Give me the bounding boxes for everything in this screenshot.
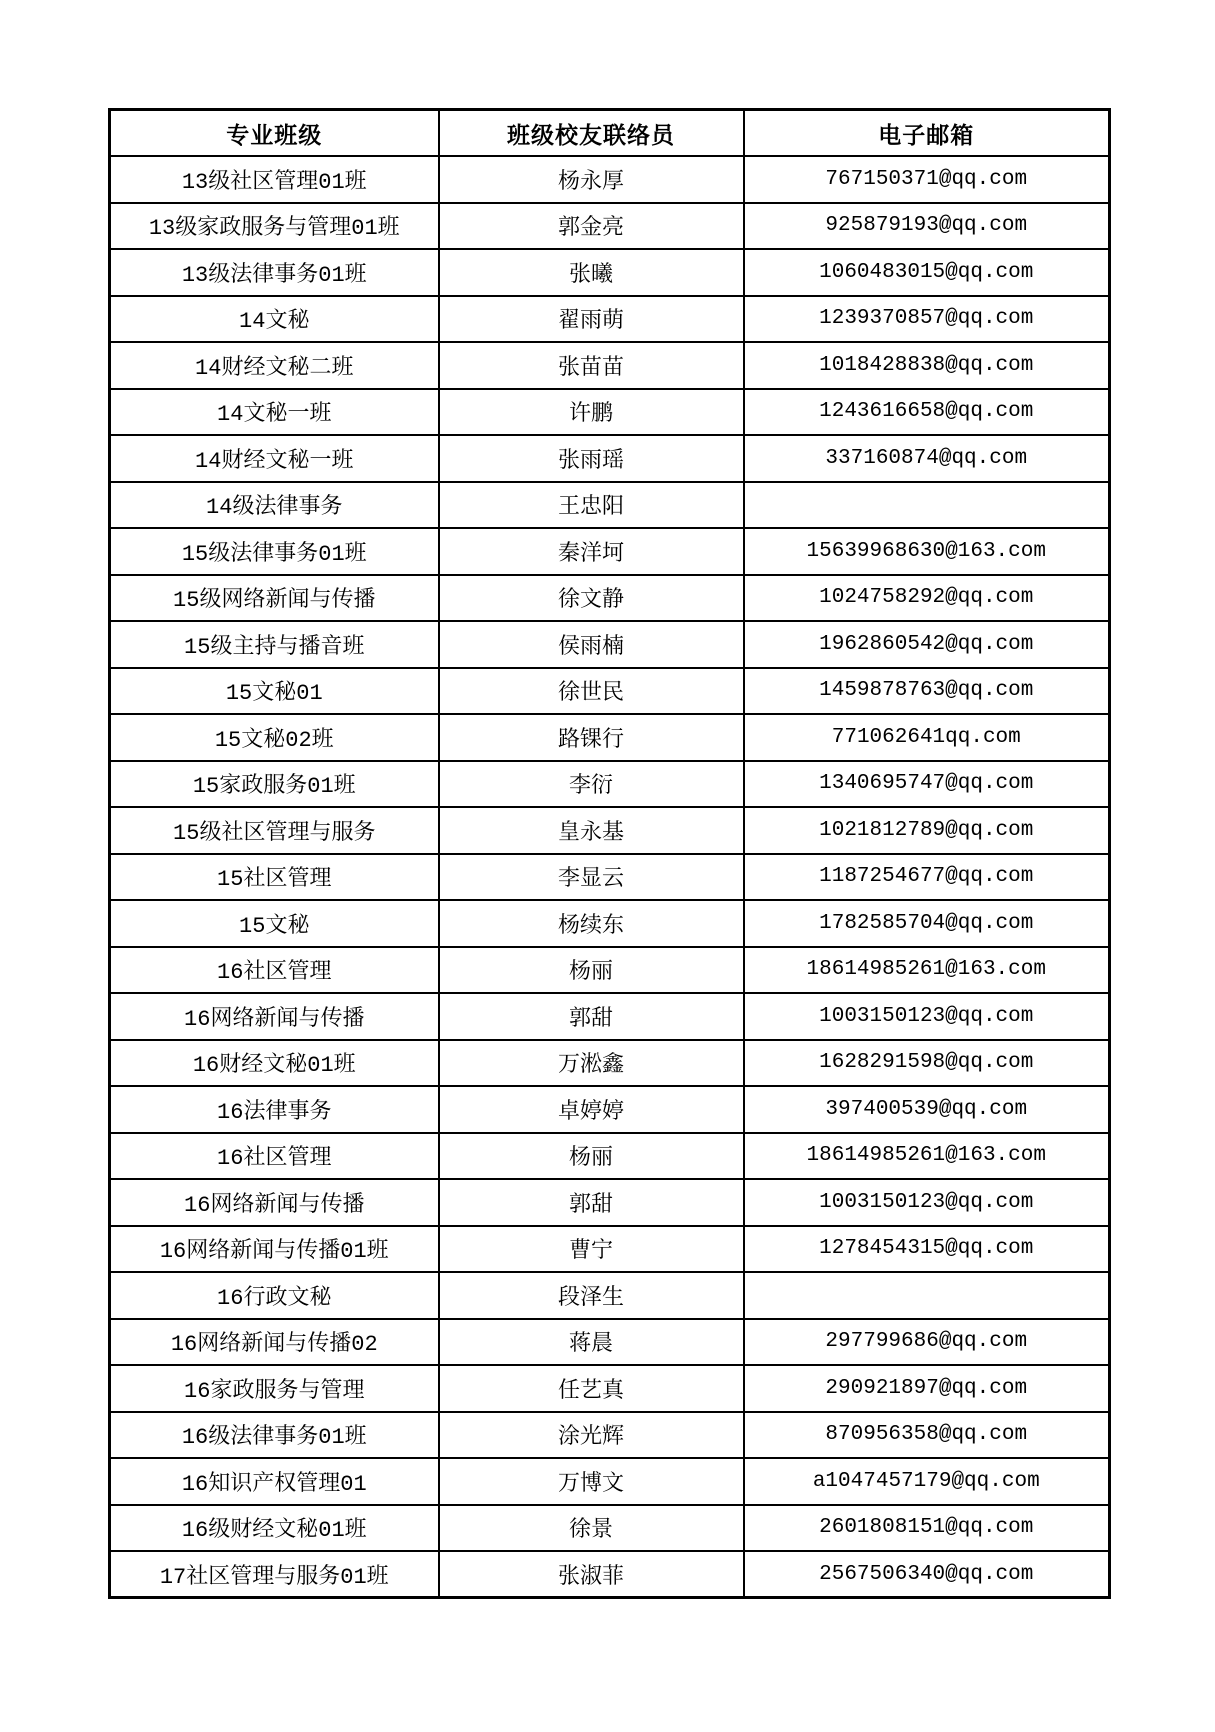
- header-liaison-column: 班级校友联络员: [439, 110, 744, 157]
- class-name-cell: 15级主持与播音班: [110, 621, 439, 668]
- class-table-body: 13级社区管理01班杨永厚767150371@qq.com13级家政服务与管理0…: [110, 156, 1110, 1598]
- class-name-cell: 15级网络新闻与传播: [110, 575, 439, 622]
- liaison-name-cell: 曹宁: [439, 1226, 744, 1273]
- liaison-name-cell: 张雨瑶: [439, 435, 744, 482]
- email-cell: 1018428838@qq.com: [744, 342, 1110, 389]
- class-name-cell: 16级法律事务01班: [110, 1412, 439, 1459]
- email-cell: 771062641qq.com: [744, 714, 1110, 761]
- liaison-name-cell: 王忠阳: [439, 482, 744, 529]
- email-cell: 1628291598@qq.com: [744, 1040, 1110, 1087]
- table-row: 14文秘翟雨萌1239370857@qq.com: [110, 296, 1110, 343]
- email-cell: 2567506340@qq.com: [744, 1551, 1110, 1598]
- email-cell: 1782585704@qq.com: [744, 900, 1110, 947]
- email-cell: 397400539@qq.com: [744, 1086, 1110, 1133]
- table-row: 16家政服务与管理任艺真290921897@qq.com: [110, 1365, 1110, 1412]
- liaison-name-cell: 张淑菲: [439, 1551, 744, 1598]
- class-name-cell: 13级家政服务与管理01班: [110, 203, 439, 250]
- class-name-cell: 14文秘: [110, 296, 439, 343]
- table-row: 15级网络新闻与传播徐文静1024758292@qq.com: [110, 575, 1110, 622]
- liaison-name-cell: 许鹏: [439, 389, 744, 436]
- table-row: 16社区管理杨丽18614985261@163.com: [110, 947, 1110, 994]
- table-row: 16级法律事务01班涂光辉870956358@qq.com: [110, 1412, 1110, 1459]
- class-name-cell: 16财经文秘01班: [110, 1040, 439, 1087]
- liaison-name-cell: 秦洋坷: [439, 528, 744, 575]
- table-row: 16社区管理杨丽18614985261@163.com: [110, 1133, 1110, 1180]
- class-name-cell: 14文秘一班: [110, 389, 439, 436]
- class-name-cell: 13级法律事务01班: [110, 249, 439, 296]
- class-name-cell: 15文秘02班: [110, 714, 439, 761]
- class-liaison-table: 专业班级 班级校友联络员 电子邮箱 13级社区管理01班杨永厚767150371…: [108, 108, 1111, 1599]
- liaison-name-cell: 卓婷婷: [439, 1086, 744, 1133]
- class-name-cell: 15家政服务01班: [110, 761, 439, 808]
- class-name-cell: 15文秘: [110, 900, 439, 947]
- email-cell: 2601808151@qq.com: [744, 1505, 1110, 1552]
- email-cell: [744, 1272, 1110, 1319]
- class-name-cell: 16社区管理: [110, 947, 439, 994]
- class-name-cell: 16级财经文秘01班: [110, 1505, 439, 1552]
- class-name-cell: 16法律事务: [110, 1086, 439, 1133]
- liaison-name-cell: 郭甜: [439, 993, 744, 1040]
- class-name-cell: 16网络新闻与传播01班: [110, 1226, 439, 1273]
- liaison-name-cell: 段泽生: [439, 1272, 744, 1319]
- liaison-name-cell: 侯雨楠: [439, 621, 744, 668]
- email-cell: 1459878763@qq.com: [744, 668, 1110, 715]
- table-row: 16级财经文秘01班徐景2601808151@qq.com: [110, 1505, 1110, 1552]
- email-cell: 1021812789@qq.com: [744, 807, 1110, 854]
- liaison-name-cell: 张曦: [439, 249, 744, 296]
- email-cell: 1187254677@qq.com: [744, 854, 1110, 901]
- table-row: 16网络新闻与传播郭甜1003150123@qq.com: [110, 1179, 1110, 1226]
- email-cell: 1060483015@qq.com: [744, 249, 1110, 296]
- liaison-name-cell: 杨丽: [439, 1133, 744, 1180]
- liaison-name-cell: 涂光辉: [439, 1412, 744, 1459]
- liaison-name-cell: 李显云: [439, 854, 744, 901]
- liaison-name-cell: 郭甜: [439, 1179, 744, 1226]
- table-row: 15社区管理李显云1187254677@qq.com: [110, 854, 1110, 901]
- email-cell: 18614985261@163.com: [744, 1133, 1110, 1180]
- email-cell: 18614985261@163.com: [744, 947, 1110, 994]
- liaison-name-cell: 杨续东: [439, 900, 744, 947]
- liaison-name-cell: 徐景: [439, 1505, 744, 1552]
- table-row: 16行政文秘段泽生: [110, 1272, 1110, 1319]
- table-row: 16法律事务卓婷婷397400539@qq.com: [110, 1086, 1110, 1133]
- liaison-name-cell: 杨永厚: [439, 156, 744, 203]
- class-name-cell: 16网络新闻与传播: [110, 1179, 439, 1226]
- email-cell: 925879193@qq.com: [744, 203, 1110, 250]
- email-cell: 290921897@qq.com: [744, 1365, 1110, 1412]
- liaison-name-cell: 李衍: [439, 761, 744, 808]
- class-name-cell: 15文秘01: [110, 668, 439, 715]
- liaison-name-cell: 徐文静: [439, 575, 744, 622]
- liaison-name-cell: 万博文: [439, 1458, 744, 1505]
- table-row: 17社区管理与服务01班张淑菲2567506340@qq.com: [110, 1551, 1110, 1598]
- liaison-name-cell: 徐世民: [439, 668, 744, 715]
- class-name-cell: 16家政服务与管理: [110, 1365, 439, 1412]
- liaison-name-cell: 路锞行: [439, 714, 744, 761]
- liaison-name-cell: 皇永基: [439, 807, 744, 854]
- header-class-column: 专业班级: [110, 110, 439, 157]
- class-name-cell: 14财经文秘二班: [110, 342, 439, 389]
- table-row: 16财经文秘01班万淞鑫1628291598@qq.com: [110, 1040, 1110, 1087]
- table-row: 16网络新闻与传播02蒋晨297799686@qq.com: [110, 1319, 1110, 1366]
- email-cell: 337160874@qq.com: [744, 435, 1110, 482]
- table-row: 13级社区管理01班杨永厚767150371@qq.com: [110, 156, 1110, 203]
- email-cell: 1024758292@qq.com: [744, 575, 1110, 622]
- table-row: 14财经文秘二班张苗苗1018428838@qq.com: [110, 342, 1110, 389]
- class-name-cell: 15级法律事务01班: [110, 528, 439, 575]
- table-row: 15级法律事务01班秦洋坷15639968630@163.com: [110, 528, 1110, 575]
- liaison-name-cell: 任艺真: [439, 1365, 744, 1412]
- table-row: 15文秘02班路锞行771062641qq.com: [110, 714, 1110, 761]
- email-cell: 767150371@qq.com: [744, 156, 1110, 203]
- email-cell: 1962860542@qq.com: [744, 621, 1110, 668]
- email-cell: 870956358@qq.com: [744, 1412, 1110, 1459]
- email-cell: a1047457179@qq.com: [744, 1458, 1110, 1505]
- email-cell: 1278454315@qq.com: [744, 1226, 1110, 1273]
- email-cell: 1003150123@qq.com: [744, 1179, 1110, 1226]
- table-row: 14级法律事务王忠阳: [110, 482, 1110, 529]
- email-cell: 1003150123@qq.com: [744, 993, 1110, 1040]
- class-name-cell: 16社区管理: [110, 1133, 439, 1180]
- email-cell: 1243616658@qq.com: [744, 389, 1110, 436]
- class-name-cell: 14财经文秘一班: [110, 435, 439, 482]
- liaison-name-cell: 万淞鑫: [439, 1040, 744, 1087]
- table-row: 13级家政服务与管理01班郭金亮925879193@qq.com: [110, 203, 1110, 250]
- table-row: 16知识产权管理01万博文a1047457179@qq.com: [110, 1458, 1110, 1505]
- class-name-cell: 17社区管理与服务01班: [110, 1551, 439, 1598]
- header-email-column: 电子邮箱: [744, 110, 1110, 157]
- class-name-cell: 16网络新闻与传播02: [110, 1319, 439, 1366]
- liaison-name-cell: 翟雨萌: [439, 296, 744, 343]
- table-row: 16网络新闻与传播01班曹宁1278454315@qq.com: [110, 1226, 1110, 1273]
- table-row: 14文秘一班许鹏1243616658@qq.com: [110, 389, 1110, 436]
- table-row: 15级社区管理与服务皇永基1021812789@qq.com: [110, 807, 1110, 854]
- table-row: 15家政服务01班李衍1340695747@qq.com: [110, 761, 1110, 808]
- table-header: 专业班级 班级校友联络员 电子邮箱: [110, 110, 1110, 157]
- table-row: 15文秘01徐世民1459878763@qq.com: [110, 668, 1110, 715]
- email-cell: 1239370857@qq.com: [744, 296, 1110, 343]
- email-cell: [744, 482, 1110, 529]
- table-row: 13级法律事务01班张曦1060483015@qq.com: [110, 249, 1110, 296]
- liaison-name-cell: 郭金亮: [439, 203, 744, 250]
- class-name-cell: 16行政文秘: [110, 1272, 439, 1319]
- email-cell: 15639968630@163.com: [744, 528, 1110, 575]
- table-row: 16网络新闻与传播郭甜1003150123@qq.com: [110, 993, 1110, 1040]
- document-page: 专业班级 班级校友联络员 电子邮箱 13级社区管理01班杨永厚767150371…: [0, 0, 1215, 1732]
- email-cell: 1340695747@qq.com: [744, 761, 1110, 808]
- class-name-cell: 16知识产权管理01: [110, 1458, 439, 1505]
- table-row: 15级主持与播音班侯雨楠1962860542@qq.com: [110, 621, 1110, 668]
- class-name-cell: 15社区管理: [110, 854, 439, 901]
- liaison-name-cell: 张苗苗: [439, 342, 744, 389]
- class-name-cell: 14级法律事务: [110, 482, 439, 529]
- class-name-cell: 13级社区管理01班: [110, 156, 439, 203]
- email-cell: 297799686@qq.com: [744, 1319, 1110, 1366]
- class-name-cell: 15级社区管理与服务: [110, 807, 439, 854]
- liaison-name-cell: 蒋晨: [439, 1319, 744, 1366]
- class-name-cell: 16网络新闻与传播: [110, 993, 439, 1040]
- table-row: 14财经文秘一班张雨瑶337160874@qq.com: [110, 435, 1110, 482]
- table-row: 15文秘杨续东1782585704@qq.com: [110, 900, 1110, 947]
- header-row: 专业班级 班级校友联络员 电子邮箱: [110, 110, 1110, 157]
- liaison-name-cell: 杨丽: [439, 947, 744, 994]
